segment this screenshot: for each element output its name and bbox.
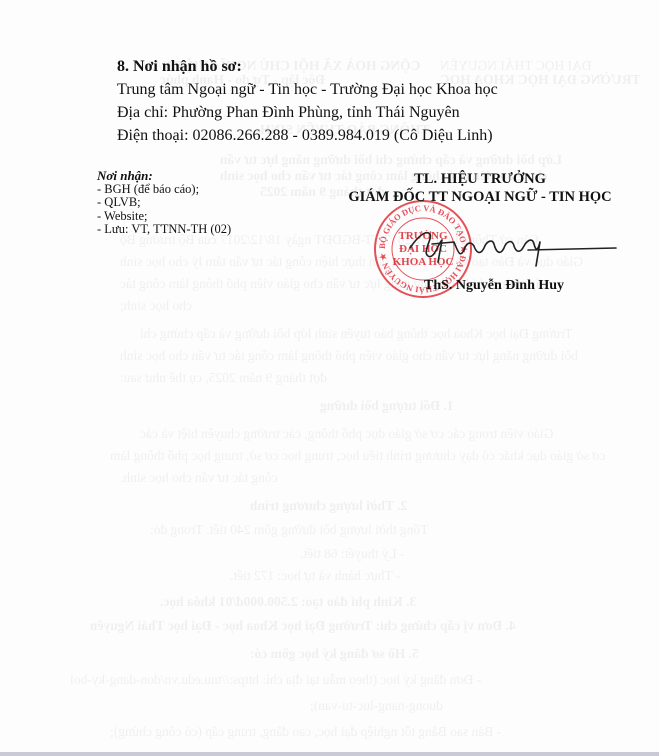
recipient-item: - BGH (để báo cáo); bbox=[97, 183, 231, 197]
recipient-item: - QLVB; bbox=[97, 196, 231, 210]
document-page: ĐẠI HỌC THÁI NGUYÊNTRƯỜNG ĐẠI HỌC KHOA H… bbox=[0, 0, 659, 752]
bleed-through-line: 4. Đơn vị cấp chứng chỉ: Trường Đại học … bbox=[90, 618, 516, 634]
bleed-through-line: Trường Đại học Khoa học thông báo tuyển … bbox=[140, 326, 572, 342]
bleed-through-line: duong-nang-luc-tu-van); bbox=[310, 698, 443, 714]
recipients-list: Nơi nhận: - BGH (để báo cáo); - QLVB; - … bbox=[97, 169, 231, 237]
bleed-through-line: - Đơn đăng ký học (theo mẫu tại địa chỉ:… bbox=[70, 672, 481, 688]
phone-line: Điện thoại: 02086.266.288 - 0389.984.019… bbox=[117, 124, 498, 147]
recipient-item: - Lưu: VT, TTNN-TH (02) bbox=[97, 223, 231, 237]
address-center-line: Trung tâm Ngoại ngữ - Tin học - Trường Đ… bbox=[117, 78, 498, 101]
bleed-through-line: 1. Đối tượng bồi dưỡng bbox=[320, 398, 454, 414]
signer-name: ThS. Nguyễn Đình Huy bbox=[424, 278, 564, 294]
bleed-through-line: - Bản sao Bằng tốt nghiệp đại học, cao đ… bbox=[110, 724, 501, 740]
bleed-through-line: cho học sinh; bbox=[120, 298, 192, 314]
section-8-application-address: 8. Nơi nhận hồ sơ: Trung tâm Ngoại ngữ -… bbox=[117, 56, 498, 147]
recipient-item: - Website; bbox=[97, 210, 231, 224]
bleed-through-line: 3. Kinh phí đào tạo: 2.500.000đ/01 khóa … bbox=[160, 594, 416, 610]
bleed-through-line: Giáo viên trong các cơ sở giáo dục phổ t… bbox=[140, 426, 553, 442]
bleed-through-line: công tác tư vấn cho học sinh. bbox=[120, 470, 278, 486]
page-bottom-edge bbox=[0, 752, 659, 756]
bleed-through-line: Tổng thời lượng bồi dưỡng gồm 240 tiết. … bbox=[150, 522, 428, 538]
bleed-through-line: - Lý thuyết: 68 tiết. bbox=[300, 546, 405, 562]
bleed-through-line: 5. Hồ sơ đăng ký học gồm có: bbox=[250, 646, 419, 662]
bleed-through-line: cơ sở giáo dục khác có dạy chương trình … bbox=[110, 448, 606, 464]
section-title: 8. Nơi nhận hồ sơ: bbox=[117, 56, 498, 78]
address-line: Địa chỉ: Phường Phan Đình Phùng, tỉnh Th… bbox=[117, 101, 498, 124]
bleed-through-line: đợt tháng 9 năm 2025, cụ thể như sau: bbox=[120, 370, 327, 386]
bleed-through-line: - Thực hành và tự học: 172 tiết. bbox=[230, 568, 400, 584]
signature-block: TL. HIỆU TRƯỞNG GIÁM ĐỐC TT NGOẠI NGỮ - … bbox=[330, 170, 630, 206]
signer-role-line1: TL. HIỆU TRƯỞNG bbox=[330, 170, 630, 188]
bleed-through-line: 2. Thời lượng chương trình bbox=[250, 498, 407, 514]
bleed-through-line: bồi dưỡng năng lực tư vấn cho giáo viên … bbox=[120, 348, 578, 364]
bleed-through-line: Lớp bồi dưỡng và cấp chứng chỉ bồi dưỡng… bbox=[220, 152, 562, 168]
signer-role-line2: GIÁM ĐỐC TT NGOẠI NGỮ - TIN HỌC bbox=[330, 188, 630, 206]
handwritten-signature-icon bbox=[408, 222, 618, 272]
recipients-title: Nơi nhận: bbox=[97, 169, 231, 183]
